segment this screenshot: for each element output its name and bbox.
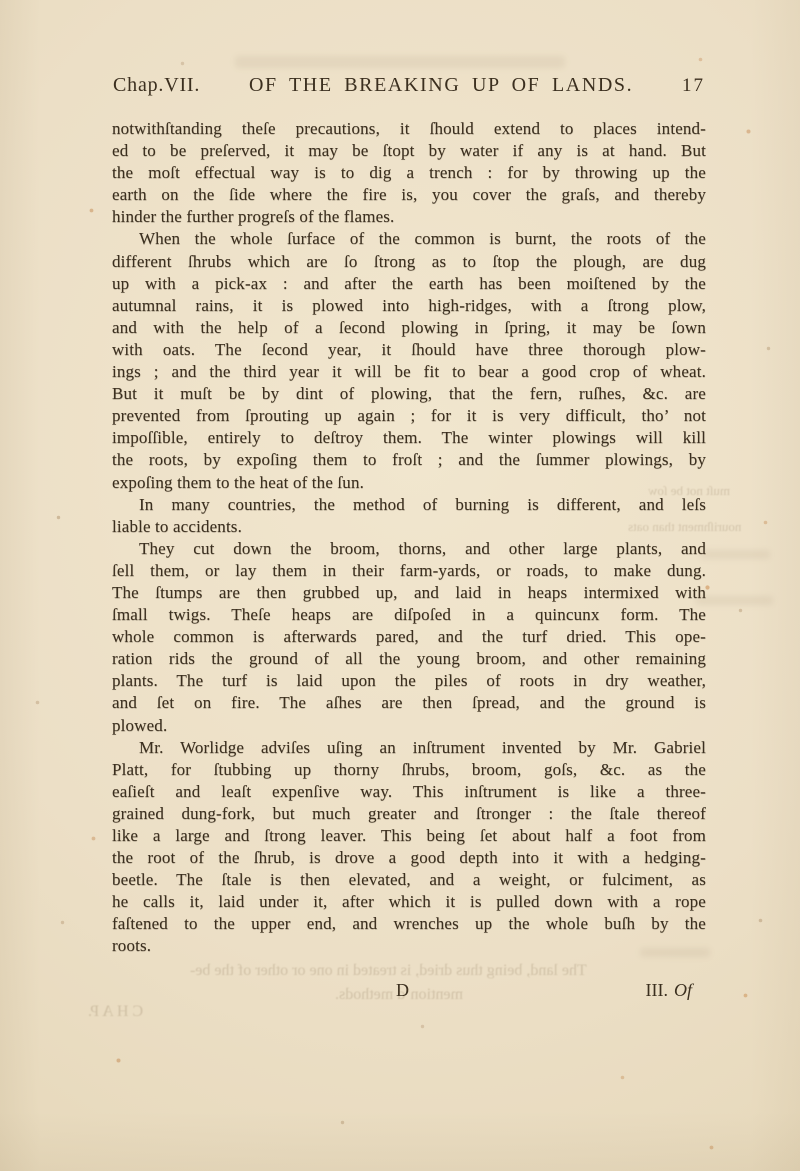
text-line: beetle. The ſtale is then elevated, and … — [112, 869, 706, 891]
text-line: notwithſtanding theſe precautions, it ſh… — [112, 118, 706, 140]
text-line: faſtened to the upper end, and wrenches … — [112, 913, 706, 935]
catchword-number: III. — [646, 980, 668, 1000]
text-line: hinder the further progreſs of the flame… — [112, 206, 706, 228]
paper-speckles — [0, 0, 3, 3]
text-line: grained dung-fork, but much greater and … — [112, 803, 706, 825]
bleed-smudge — [695, 596, 773, 605]
text-line: ration rids the ground of all the young … — [112, 648, 706, 670]
text-line: plants. The turf is laid upon the piles … — [112, 670, 706, 692]
text-line: the moſt effectual way is to dig a trenc… — [112, 162, 706, 184]
running-title: OF THE BREAKING UP OF LANDS. — [200, 74, 682, 97]
text-line: When the whole ſurface of the common is … — [112, 228, 706, 250]
page-footer: D III.Of — [112, 980, 706, 1004]
text-line: In many countries, the method of burning… — [112, 494, 706, 516]
body-text: notwithſtanding theſe precautions, it ſh… — [112, 118, 706, 958]
text-line: and with the help of a ſecond plowing in… — [112, 317, 706, 339]
text-line: ſell them, or lay them in their farm-yar… — [112, 560, 706, 582]
text-line: plowed. — [112, 715, 706, 737]
bleed-through-text: C H A P. — [88, 1003, 143, 1021]
text-line: liable to accidents. — [112, 516, 706, 538]
text-line: whole common is afterwards pared, and th… — [112, 626, 706, 648]
signature-mark: D — [396, 980, 409, 1001]
text-line: autumnal rains, it is plowed into high-r… — [112, 295, 706, 317]
text-line: Mr. Worlidge adviſes uſing an inſtrument… — [112, 737, 706, 759]
text-line: roots. — [112, 935, 706, 957]
chapter-label: Chap.VII. — [113, 74, 200, 97]
text-line: earth on the ſide where the fire is, you… — [112, 184, 706, 206]
book-page: Chap.VII. OF THE BREAKING UP OF LANDS. 1… — [0, 0, 800, 1171]
text-line: But it muſt be by dint of plowing, that … — [112, 383, 706, 405]
text-line: the roots, by expoſing them to froſt ; a… — [112, 449, 706, 471]
text-line: up with a pick-ax : and after the earth … — [112, 273, 706, 295]
text-line: Platt, for ſtubbing up thorny ſhrubs, br… — [112, 759, 706, 781]
text-line: impoſſible, entirely to deſtroy them. Th… — [112, 427, 706, 449]
page-number: 17 — [682, 75, 705, 97]
text-line: he calls it, laid under it, after which … — [112, 891, 706, 913]
text-line: with oats. The ſecond year, it ſhould ha… — [112, 339, 706, 361]
bleed-through-text: The land, being thus dried, is treated i… — [190, 962, 587, 980]
catchword-word: Of — [674, 980, 692, 1000]
page-header: Chap.VII. OF THE BREAKING UP OF LANDS. 1… — [113, 74, 705, 97]
catchword: III.Of — [646, 980, 692, 1001]
text-line: ed to be preſerved, it may be ſtopt by w… — [112, 140, 706, 162]
text-line: They cut down the broom, thorns, and oth… — [112, 538, 706, 560]
bleed-smudge — [700, 550, 770, 559]
text-line: ings ; and the third year it will be fit… — [112, 361, 706, 383]
text-line: the root of the ſhrub, is drove a good d… — [112, 847, 706, 869]
text-line: different ſhrubs which are ſo ſtrong as … — [112, 251, 706, 273]
text-line: expoſing them to the heat of the ſun. — [112, 472, 706, 494]
text-line: and ſet on fire. The aſhes are then ſpre… — [112, 692, 706, 714]
bleed-smudge — [235, 56, 565, 68]
text-line: prevented from ſprouting up again ; for … — [112, 405, 706, 427]
text-line: like a large and ſtrong leaver. This bei… — [112, 825, 706, 847]
text-line: eaſieſt and leaſt expenſive way. This in… — [112, 781, 706, 803]
text-line: ſmall twigs. Theſe heaps are diſpoſed in… — [112, 604, 706, 626]
text-line: The ſtumps are then grubbed up, and laid… — [112, 582, 706, 604]
